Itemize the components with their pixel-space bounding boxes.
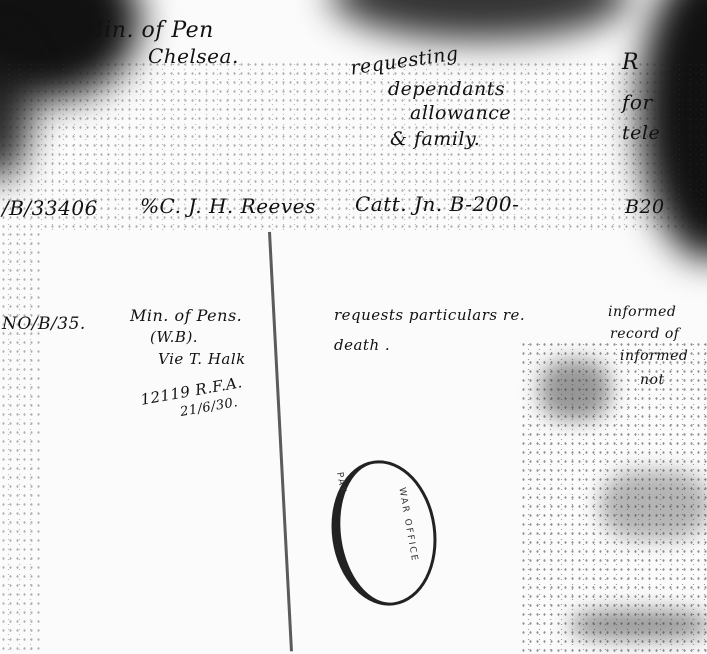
header-action-line1: R (622, 50, 639, 75)
header-subject-line3: allowance (410, 102, 511, 124)
scan-shadow-top (330, 0, 630, 40)
scan-noise-left (0, 230, 40, 654)
reference-right: B20 (625, 196, 665, 218)
scan-blot (570, 610, 707, 640)
header-from-line2: Chelsea. (148, 44, 239, 68)
entry-action-line4: not (640, 372, 665, 388)
header-from-line1: o Min. of Pen (60, 18, 214, 43)
reference-name: %C. J. H. Reeves (140, 194, 316, 218)
header-action-line2: for (622, 90, 653, 114)
entry-action-line3: informed (620, 348, 688, 364)
entry-subject-line1: requests particulars re. (334, 306, 525, 324)
stamp-text-left: PAY (334, 471, 348, 494)
entry-from-line1: Min. of Pens. (130, 306, 242, 325)
entry-ref: NO/B/35. (2, 314, 86, 334)
entry-action-line2: record of (610, 326, 679, 342)
entry-subject-line2: death . (334, 336, 390, 354)
scan-blot (540, 360, 610, 420)
header-subject-line4: & family. (390, 128, 480, 150)
entry-from-line2: (W.B). (150, 328, 198, 346)
entry-from-line3: Vie T. Halk (158, 350, 246, 368)
scanned-document-page: o Min. of Pen Chelsea. requesting depend… (0, 0, 707, 654)
scan-blot (600, 470, 707, 540)
column-divider (268, 232, 293, 652)
header-subject-line2: dependants (388, 78, 505, 100)
header-action-line3: tele (622, 122, 660, 144)
reference-cutting: Catt. Jn. B-200- (355, 192, 519, 216)
scan-noise-band (0, 60, 707, 230)
reference-number: /B/33406 (2, 196, 98, 220)
entry-action-line1: informed (608, 304, 676, 320)
